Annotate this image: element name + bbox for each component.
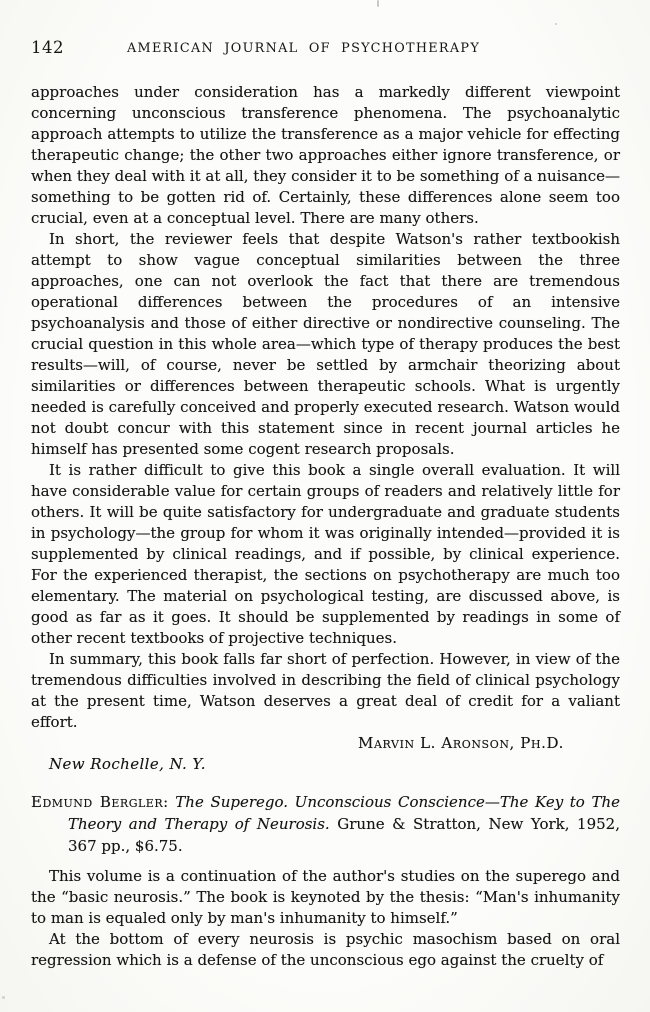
review-paragraph: This volume is a continuation of the aut…	[31, 866, 620, 929]
review-paragraph: It is rather difficult to give this book…	[31, 460, 620, 649]
reviewer-signature: Marvin L. Aronson, Ph.D.	[31, 733, 620, 754]
page-header: 142 AMERICAN JOURNAL OF PSYCHOTHERAPY	[31, 38, 620, 62]
scan-artifact	[2, 996, 5, 999]
review-paragraph: In short, the reviewer feels that despit…	[31, 229, 620, 460]
page-body: approaches under consideration has a mar…	[31, 82, 620, 971]
page-number: 142	[31, 38, 64, 57]
review-paragraph-continuation: approaches under consideration has a mar…	[31, 82, 620, 229]
review-paragraph: In summary, this book falls far short of…	[31, 649, 620, 733]
reviewer-location: New Rochelle, N. Y.	[31, 754, 620, 775]
running-head: AMERICAN JOURNAL OF PSYCHOTHERAPY	[127, 41, 480, 56]
journal-page: 142 AMERICAN JOURNAL OF PSYCHOTHERAPY ap…	[0, 0, 650, 1012]
review-paragraph: At the bottom of every neurosis is psych…	[31, 929, 620, 971]
book-reference: Edmund Bergler: The Superego. Unconsciou…	[31, 791, 620, 857]
book-author: Edmund Bergler:	[31, 793, 169, 811]
scan-artifact	[377, 0, 379, 7]
scan-artifact	[555, 23, 557, 25]
